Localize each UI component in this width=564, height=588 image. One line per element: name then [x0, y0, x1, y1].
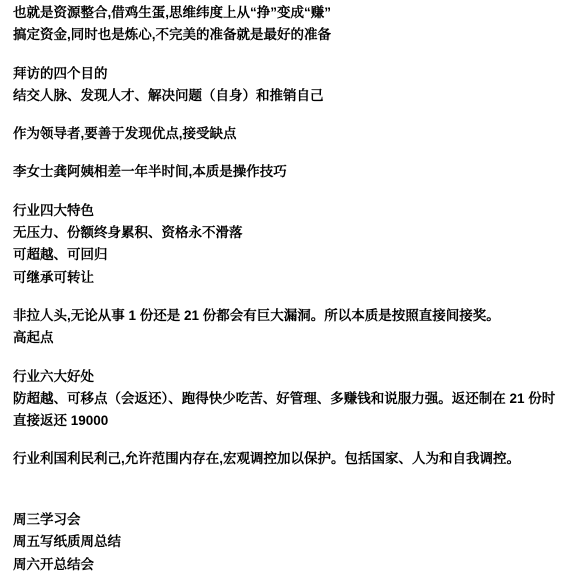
text-line: 周六开总结会 — [13, 554, 560, 576]
text-line: 行业六大好处 — [13, 366, 560, 388]
paragraph: 周三学习会周五写纸质周总结周六开总结会 — [13, 487, 560, 576]
text-line: 行业四大特色 — [13, 200, 560, 222]
text-line: 结交人脉、发现人才、解决问题（自身）和推销自己 — [13, 85, 560, 107]
paragraph: 行业四大特色无压力、份额终身累积、资格永不滑落可超越、可回归可继承可转让 — [13, 200, 560, 289]
blank-line — [13, 487, 560, 509]
text-line: 搞定资金,同时也是炼心,不完美的准备就是最好的准备 — [13, 24, 560, 46]
text-line: 周五写纸质周总结 — [13, 531, 560, 553]
text-line: 直接返还 19000 — [13, 410, 560, 432]
text-line: 作为领导者,要善于发现优点,接受缺点 — [13, 123, 560, 145]
text-line: 周三学习会 — [13, 509, 560, 531]
text-line: 李女士龚阿姨相差一年半时间,本质是操作技巧 — [13, 161, 560, 183]
text-line: 行业利国利民利己,允许范围内存在,宏观调控加以保护。包括国家、人为和自我调控。 — [13, 448, 560, 470]
text-line: 可继承可转让 — [13, 267, 560, 289]
paragraph: 李女士龚阿姨相差一年半时间,本质是操作技巧 — [13, 161, 560, 183]
paragraph: 作为领导者,要善于发现优点,接受缺点 — [13, 123, 560, 145]
paragraph: 也就是资源整合,借鸡生蛋,思维纬度上从“挣”变成“赚”搞定资金,同时也是炼心,不… — [13, 2, 560, 47]
text-line: 也就是资源整合,借鸡生蛋,思维纬度上从“挣”变成“赚” — [13, 2, 560, 24]
text-line: 高起点 — [13, 327, 560, 349]
paragraph: 拜访的四个目的结交人脉、发现人才、解决问题（自身）和推销自己 — [13, 63, 560, 108]
text-line: 防超越、可移点（会返还）、跑得快少吃苦、好管理、多赚钱和说服力强。返还制在 21… — [13, 388, 560, 410]
paragraph: 行业利国利民利己,允许范围内存在,宏观调控加以保护。包括国家、人为和自我调控。 — [13, 448, 560, 470]
text-line: 无压力、份额终身累积、资格永不滑落 — [13, 222, 560, 244]
text-line: 非拉人头,无论从事 1 份还是 21 份都会有巨大漏洞。所以本质是按照直接间接奖… — [13, 305, 560, 327]
paragraph: 行业六大好处防超越、可移点（会返还）、跑得快少吃苦、好管理、多赚钱和说服力强。返… — [13, 366, 560, 433]
text-line: 拜访的四个目的 — [13, 63, 560, 85]
notes-document: 也就是资源整合,借鸡生蛋,思维纬度上从“挣”变成“赚”搞定资金,同时也是炼心,不… — [0, 0, 564, 588]
text-line: 可超越、可回归 — [13, 244, 560, 266]
paragraph: 非拉人头,无论从事 1 份还是 21 份都会有巨大漏洞。所以本质是按照直接间接奖… — [13, 305, 560, 350]
